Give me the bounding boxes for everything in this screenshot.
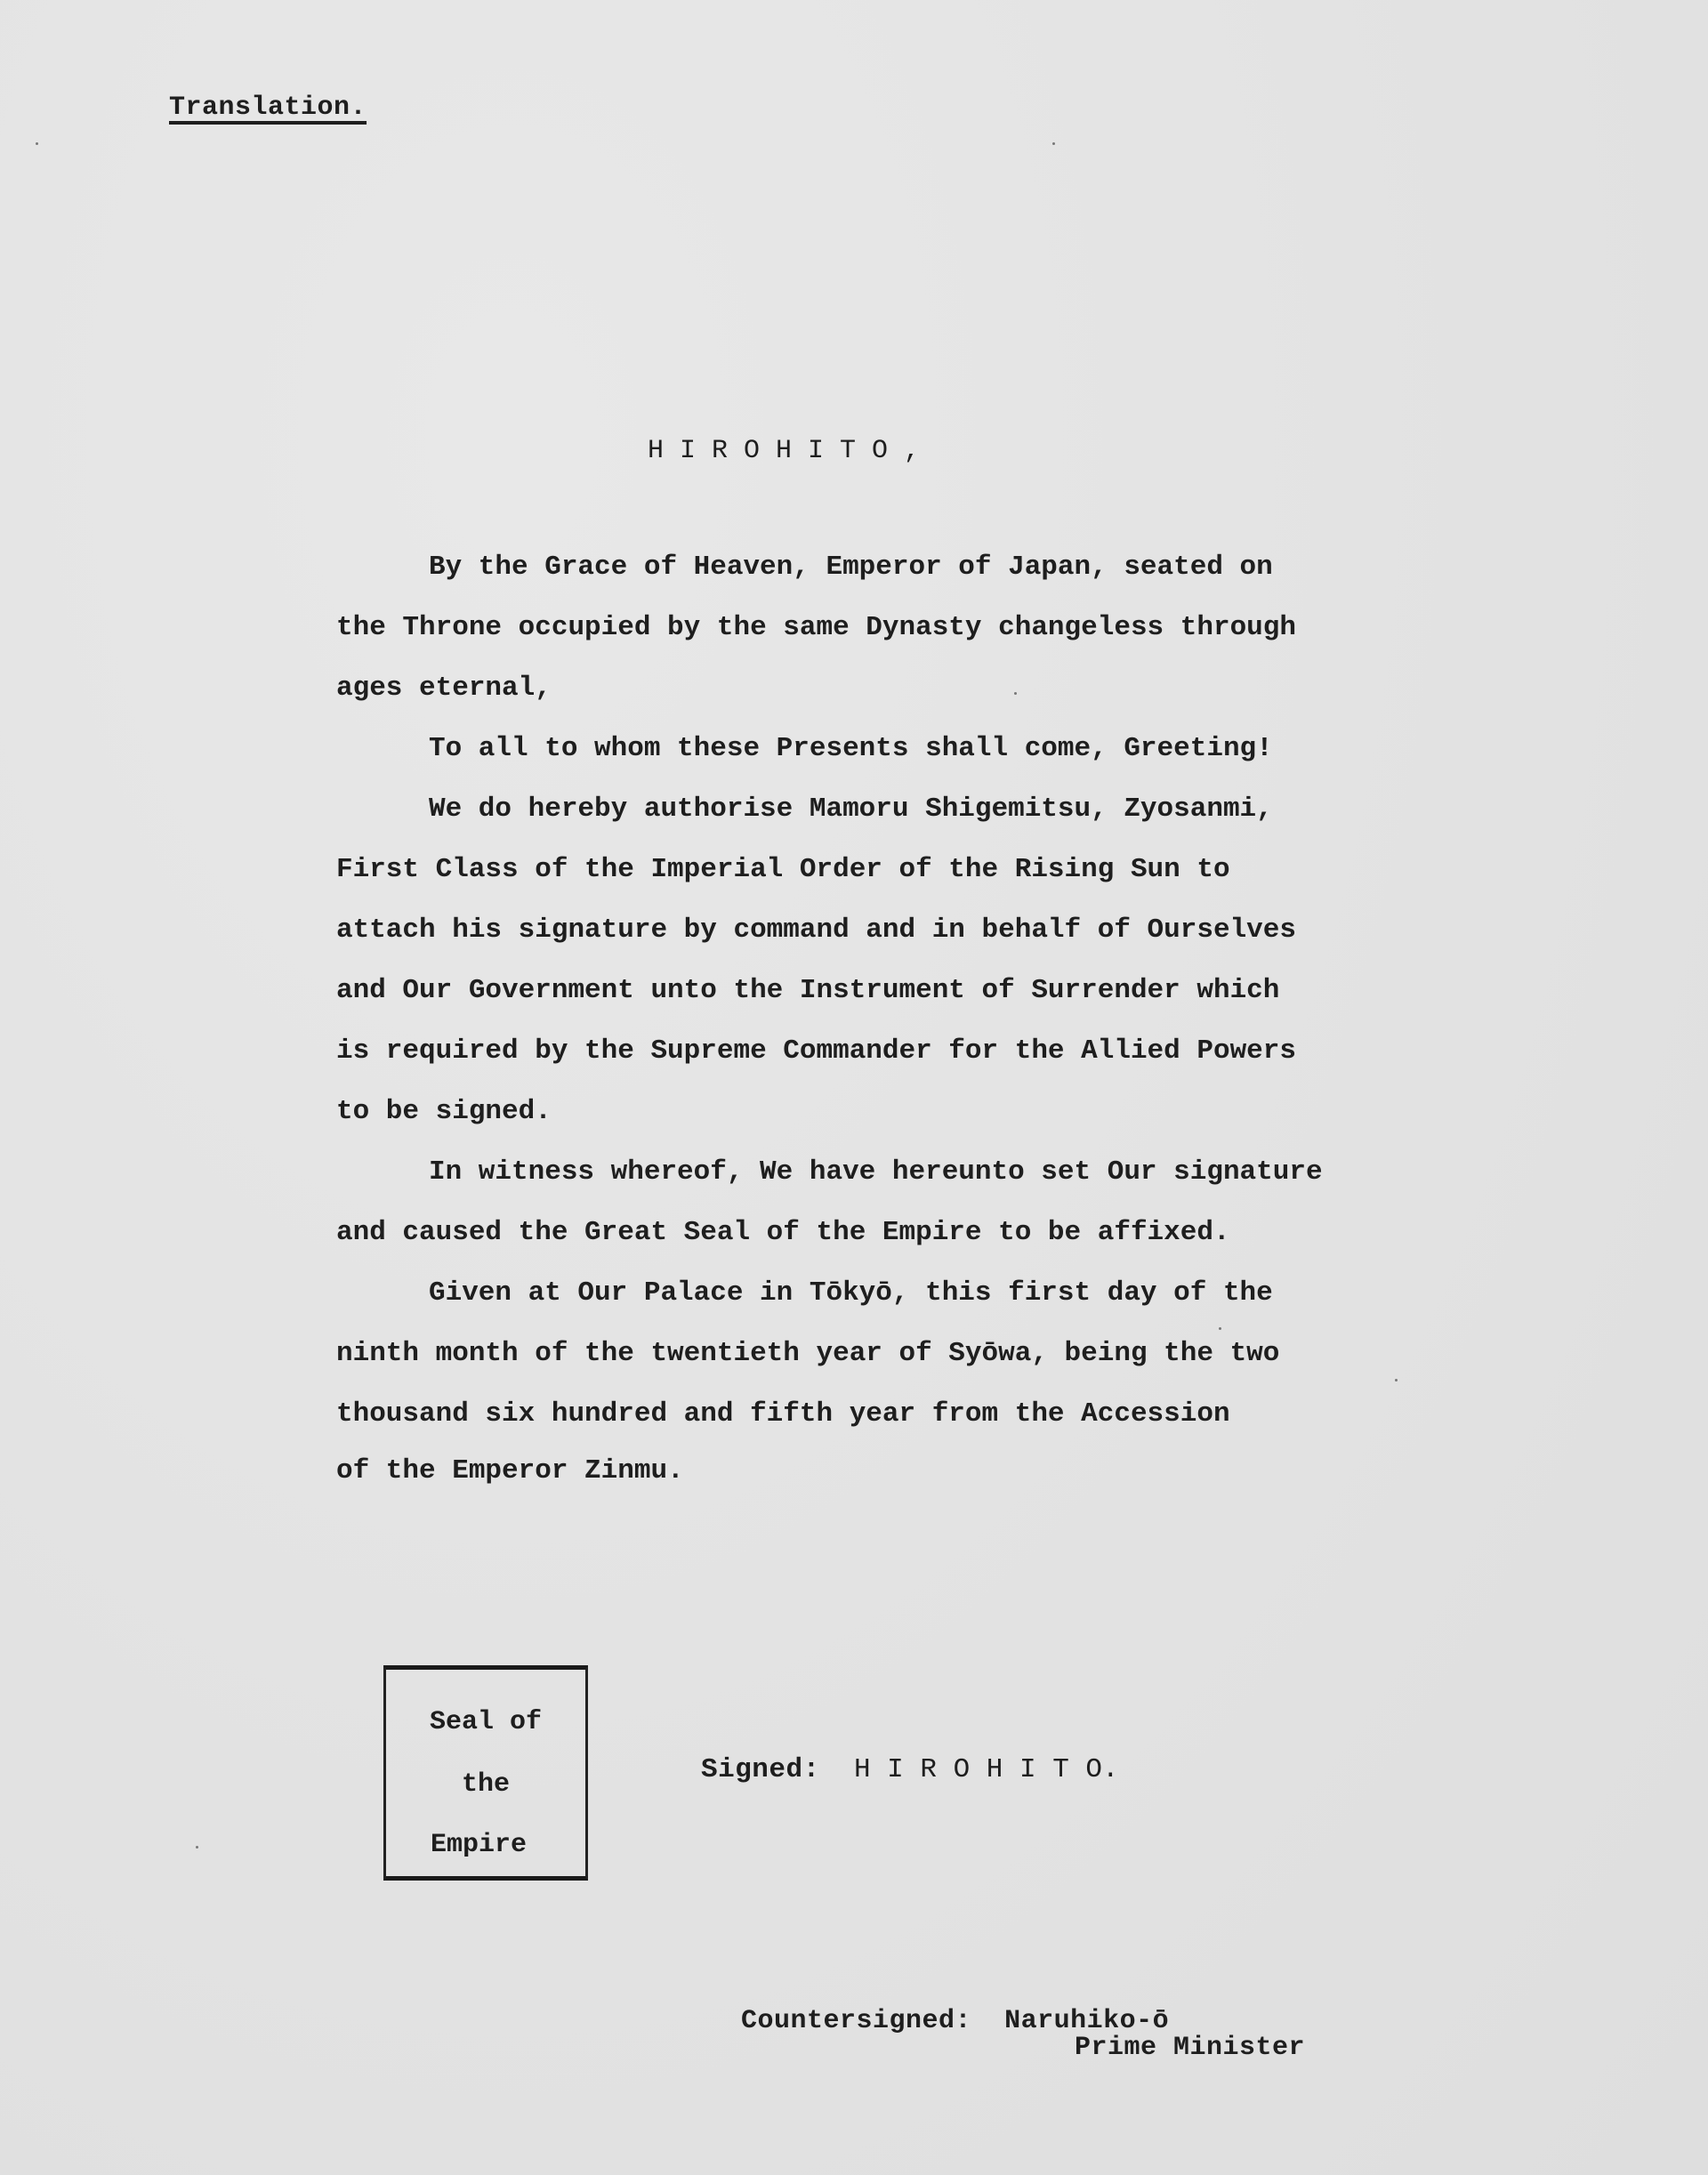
scan-speck <box>1052 142 1055 145</box>
seal-text: Empire <box>379 1830 578 1860</box>
body-line: of the Emperor Zinmu. <box>336 1454 1493 1514</box>
body-line: the Throne occupied by the same Dynasty … <box>336 610 1493 671</box>
countersignature-title: Prime Minister <box>1075 2033 1305 2063</box>
scan-speck <box>1395 1379 1398 1382</box>
countersignature-line: Countersigned: Naruhiko-ō <box>741 2006 1169 2036</box>
document-heading: H I R O H I T O , <box>648 436 920 466</box>
body-line: First Class of the Imperial Order of the… <box>336 852 1493 913</box>
body-line: In witness whereof, We have hereunto set… <box>336 1155 1493 1215</box>
scan-speck <box>1014 692 1017 695</box>
body-line: and Our Government unto the Instrument o… <box>336 973 1493 1034</box>
countersignature-name: Naruhiko-ō <box>1004 2006 1169 2036</box>
translation-label: Translation. <box>169 93 367 123</box>
body-line: By the Grace of Heaven, Emperor of Japan… <box>336 550 1493 610</box>
countersignature-label: Countersigned: <box>741 2006 971 2036</box>
signature-name: H I R O H I T O. <box>854 1754 1119 1785</box>
body-line: To all to whom these Presents shall come… <box>336 731 1493 792</box>
seal-text: the <box>386 1769 585 1800</box>
scan-speck <box>196 1846 198 1849</box>
signature-line: Signed: H I R O H I T O. <box>701 1754 1119 1785</box>
document-body: By the Grace of Heaven, Emperor of Japan… <box>336 550 1493 1514</box>
seal-text: Seal of <box>386 1707 585 1737</box>
body-line: attach his signature by command and in b… <box>336 913 1493 973</box>
seal-box: Seal of the Empire <box>383 1665 588 1881</box>
signature-label: Signed: <box>701 1754 820 1785</box>
body-line: We do hereby authorise Mamoru Shigemitsu… <box>336 792 1493 852</box>
scan-speck <box>1219 1327 1221 1330</box>
body-line: ninth month of the twentieth year of Syō… <box>336 1336 1493 1397</box>
body-line: is required by the Supreme Commander for… <box>336 1034 1493 1094</box>
body-line: thousand six hundred and fifth year from… <box>336 1397 1493 1454</box>
document-page: Translation. H I R O H I T O , By the Gr… <box>0 0 1708 2175</box>
body-line: ages eternal, <box>336 671 1493 731</box>
body-line: and caused the Great Seal of the Empire … <box>336 1215 1493 1276</box>
body-line: Given at Our Palace in Tōkyō, this first… <box>336 1276 1493 1336</box>
body-line: to be signed. <box>336 1094 1493 1155</box>
scan-speck <box>36 142 38 145</box>
